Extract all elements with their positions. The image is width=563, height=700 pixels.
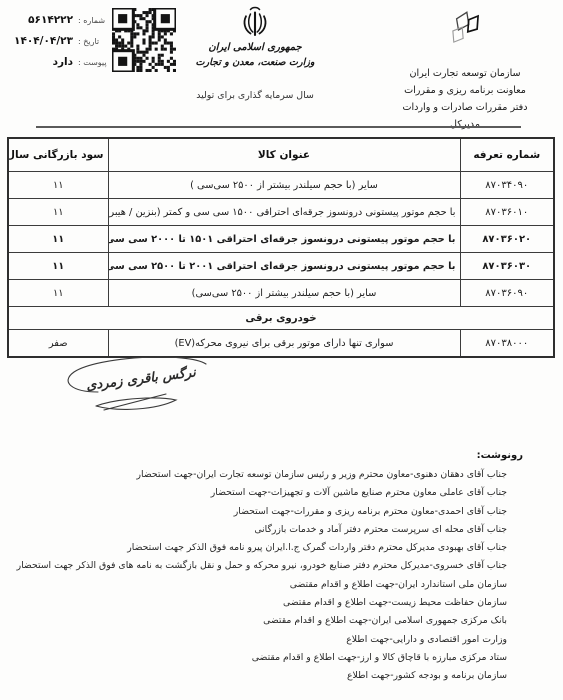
letter-number-value: ۵۶۱۴۲۲۲ (28, 14, 73, 26)
tariff-number-cell: ۸۷۰۳۶۰۹۰ (460, 280, 554, 307)
tariff-number-cell: ۸۷۰۳۶۰۳۰ (460, 253, 554, 280)
electric-vehicle-section-row: خودروی برقی (8, 307, 554, 330)
commercial-profit-header: سود بازرگانی سال ۱۴۰۴ (8, 138, 108, 172)
scanned-letter-page: شماره : ۵۶۱۴۲۲۲ تاریخ : ۱۴۰۴/۰۴/۲۳ پیوست… (0, 0, 563, 700)
letter-attachment-label: پیوست : (78, 58, 108, 67)
cc-section: رونوشت: جناب آقای دهقان دهنوی-معاون محتر… (0, 450, 563, 686)
iran-emblem-icon (240, 5, 270, 41)
letter-date-label: تاریخ : (78, 37, 108, 46)
commercial-profit-cell: ۱۱ (8, 172, 108, 199)
letter-attachment-value: دارد (53, 56, 73, 68)
tpo-logo-icon: Trade Promotion Organization of Iran (437, 2, 493, 58)
letter-attachment-field: پیوست : دارد (6, 56, 108, 68)
tariff-row: ۸۷۰۳۴۰۹۰سایر (با حجم سیلندر بیشتر از ۲۵۰… (8, 172, 554, 199)
cc-title: رونوشت: (10, 450, 523, 461)
tariff-number-cell: ۸۷۰۳۴۰۹۰ (460, 172, 554, 199)
goods-title-cell: با حجم موتور پیستونی درونسوز جرقه‌ای احت… (108, 253, 460, 280)
cc-item: جناب آقای دهقان دهنوی-معاون محترم وزیر و… (10, 466, 523, 484)
org-block: Trade Promotion Organization of Iran ساز… (379, 2, 551, 130)
letter-number-label: شماره : (78, 16, 108, 25)
table-header-row: شماره تعرفه عنوان کالا سود بازرگانی سال … (8, 138, 554, 172)
signature-block: نرگس باقری زمردی (38, 348, 238, 420)
cc-item: ستاد مرکزی مبارزه با قاچاق کالا و ارز-جه… (10, 649, 523, 667)
tariff-number-cell: ۸۷۰۳۶۰۲۰ (460, 226, 554, 253)
cc-item: جناب آقای محله ای سرپرست محترم دفتر آماد… (10, 521, 523, 539)
tariff-row: ۸۷۰۳۶۰۲۰با حجم موتور پیستونی درونسوز جرق… (8, 226, 554, 253)
cc-list: جناب آقای دهقان دهنوی-معاون محترم وزیر و… (10, 466, 523, 686)
letter-meta-block: شماره : ۵۶۱۴۲۲۲ تاریخ : ۱۴۰۴/۰۴/۲۳ پیوست… (6, 14, 108, 77)
commercial-profit-cell: ۱۱ (8, 253, 108, 280)
commercial-profit-cell: ۱۱ (8, 280, 108, 307)
section-title-cell: خودروی برقی (8, 307, 554, 330)
org-office: دفتر مقررات صادرات و واردات (379, 102, 551, 113)
logo-ring-text: Trade Promotion Organization of Iran (437, 2, 439, 3)
letter-date-field: تاریخ : ۱۴۰۴/۰۴/۲۳ (6, 35, 108, 47)
letter-number-field: شماره : ۵۶۱۴۲۲۲ (6, 14, 108, 26)
tariff-number-cell: ۸۷۰۳۶۰۱۰ (460, 199, 554, 226)
cc-item: سازمان حفاظت محیط زیست-جهت اطلاع و اقدام… (10, 594, 523, 612)
goods-title-cell: با حجم موتور پیستونی درونسوز جرقه‌ای احت… (108, 226, 460, 253)
tariff-number-header: شماره تعرفه (460, 138, 554, 172)
country-name: جمهوری اسلامی ایران (158, 42, 352, 53)
tariff-row: ۸۷۰۳۶۰۹۰سایر (با حجم سیلندر بیشتر از ۲۵۰… (8, 280, 554, 307)
goods-title-cell: با حجم موتور پیستونی درونسوز جرقه‌ای احت… (108, 199, 460, 226)
cc-item: جناب آقای احمدی-معاون محترم برنامه ریزی … (10, 503, 523, 521)
header-divider (36, 126, 521, 128)
tariff-table: شماره تعرفه عنوان کالا سود بازرگانی سال … (7, 137, 555, 358)
letterhead-center: جمهوری اسلامی ایران وزارت صنعت، معدن و ت… (158, 5, 352, 101)
tariff-row: ۸۷۰۳۶۰۱۰با حجم موتور پیستونی درونسوز جرق… (8, 199, 554, 226)
cc-item: سازمان برنامه و بودجه کشور-جهت اطلاع (10, 667, 523, 685)
org-deputy: معاونت برنامه ریزی و مقررات (379, 85, 551, 96)
goods-title-header: عنوان کالا (108, 138, 460, 172)
goods-title-cell: سایر (با حجم سیلندر بیشتر از ۲۵۰۰ سی‌سی) (108, 280, 460, 307)
goods-title-cell: سایر (با حجم سیلندر بیشتر از ۲۵۰۰ سی‌سی … (108, 172, 460, 199)
org-role: مدیرکل (379, 119, 551, 130)
cc-item: جناب آقای خسروی-مدیرکل محترم دفتر صنایع … (10, 557, 523, 575)
letter-date-value: ۱۴۰۴/۰۴/۲۳ (14, 35, 73, 47)
cc-item: وزارت امور اقتصادی و دارایی-جهت اطلاع (10, 631, 523, 649)
commercial-profit-cell: ۱۱ (8, 226, 108, 253)
commercial-profit-cell: ۱۱ (8, 199, 108, 226)
tariff-number-cell: ۸۷۰۳۸۰۰۰ (460, 330, 554, 358)
cc-item: سازمان ملی استاندارد ایران-جهت اطلاع و ا… (10, 576, 523, 594)
svg-text:Trade Promotion Organization o: Trade Promotion Organization of Iran (437, 2, 439, 3)
org-name: سازمان توسعه تجارت ایران (379, 68, 551, 79)
cc-item: بانک مرکزی جمهوری اسلامی ایران-جهت اطلاع… (10, 612, 523, 630)
ministry-name: وزارت صنعت، معدن و تجارت (158, 57, 352, 68)
cc-item: جناب آقای عاملی معاون محترم صنایع ماشین … (10, 484, 523, 502)
year-slogan: سال سرمایه گذاری برای تولید (158, 90, 352, 101)
tariff-row: ۸۷۰۳۶۰۳۰با حجم موتور پیستونی درونسوز جرق… (8, 253, 554, 280)
cc-item: جناب آقای بهبودی مدیرکل محترم دفتر واردا… (10, 539, 523, 557)
